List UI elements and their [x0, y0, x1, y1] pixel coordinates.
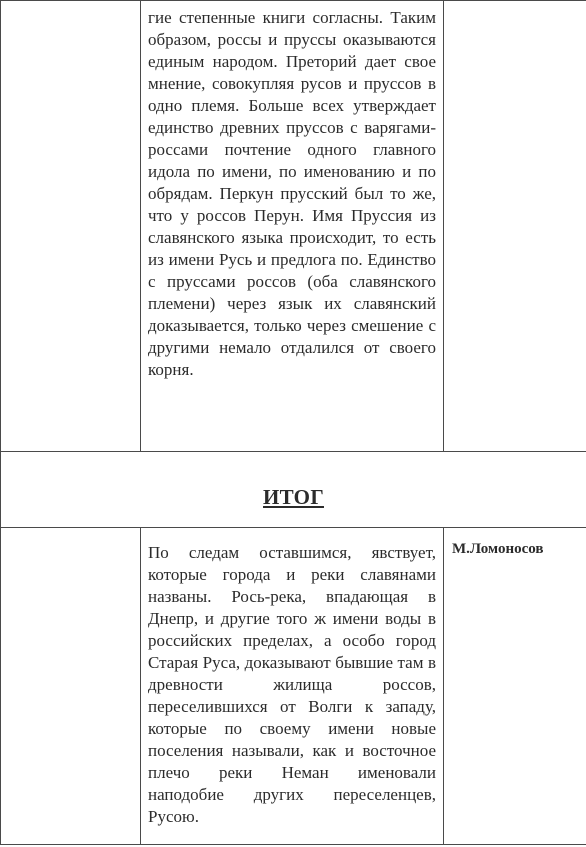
row1-right-cell [444, 1, 586, 452]
table-row: гие степенные книги согласны. Таким обра… [1, 1, 586, 452]
row3-author-cell: М.Ломоносов [444, 528, 586, 845]
document-table: гие степенные книги согласны. Таким обра… [0, 0, 586, 845]
table-row-heading: ИТОГ [1, 452, 586, 528]
row1-left-cell [1, 1, 141, 452]
row3-text-cell: По следам оставшимся, явствует, которые … [141, 528, 444, 845]
author-name: М.Ломоносов [444, 528, 586, 558]
table-row: По следам оставшимся, явствует, которые … [1, 528, 586, 845]
row1-text-cell: гие степенные книги согласны. Таким обра… [141, 1, 444, 452]
row1-paragraph: гие степенные книги согласны. Таким обра… [141, 1, 443, 381]
section-heading: ИТОГ [1, 452, 586, 510]
row3-left-cell [1, 528, 141, 845]
row3-paragraph: По следам оставшимся, явствует, которые … [141, 528, 443, 828]
heading-cell: ИТОГ [1, 452, 586, 528]
